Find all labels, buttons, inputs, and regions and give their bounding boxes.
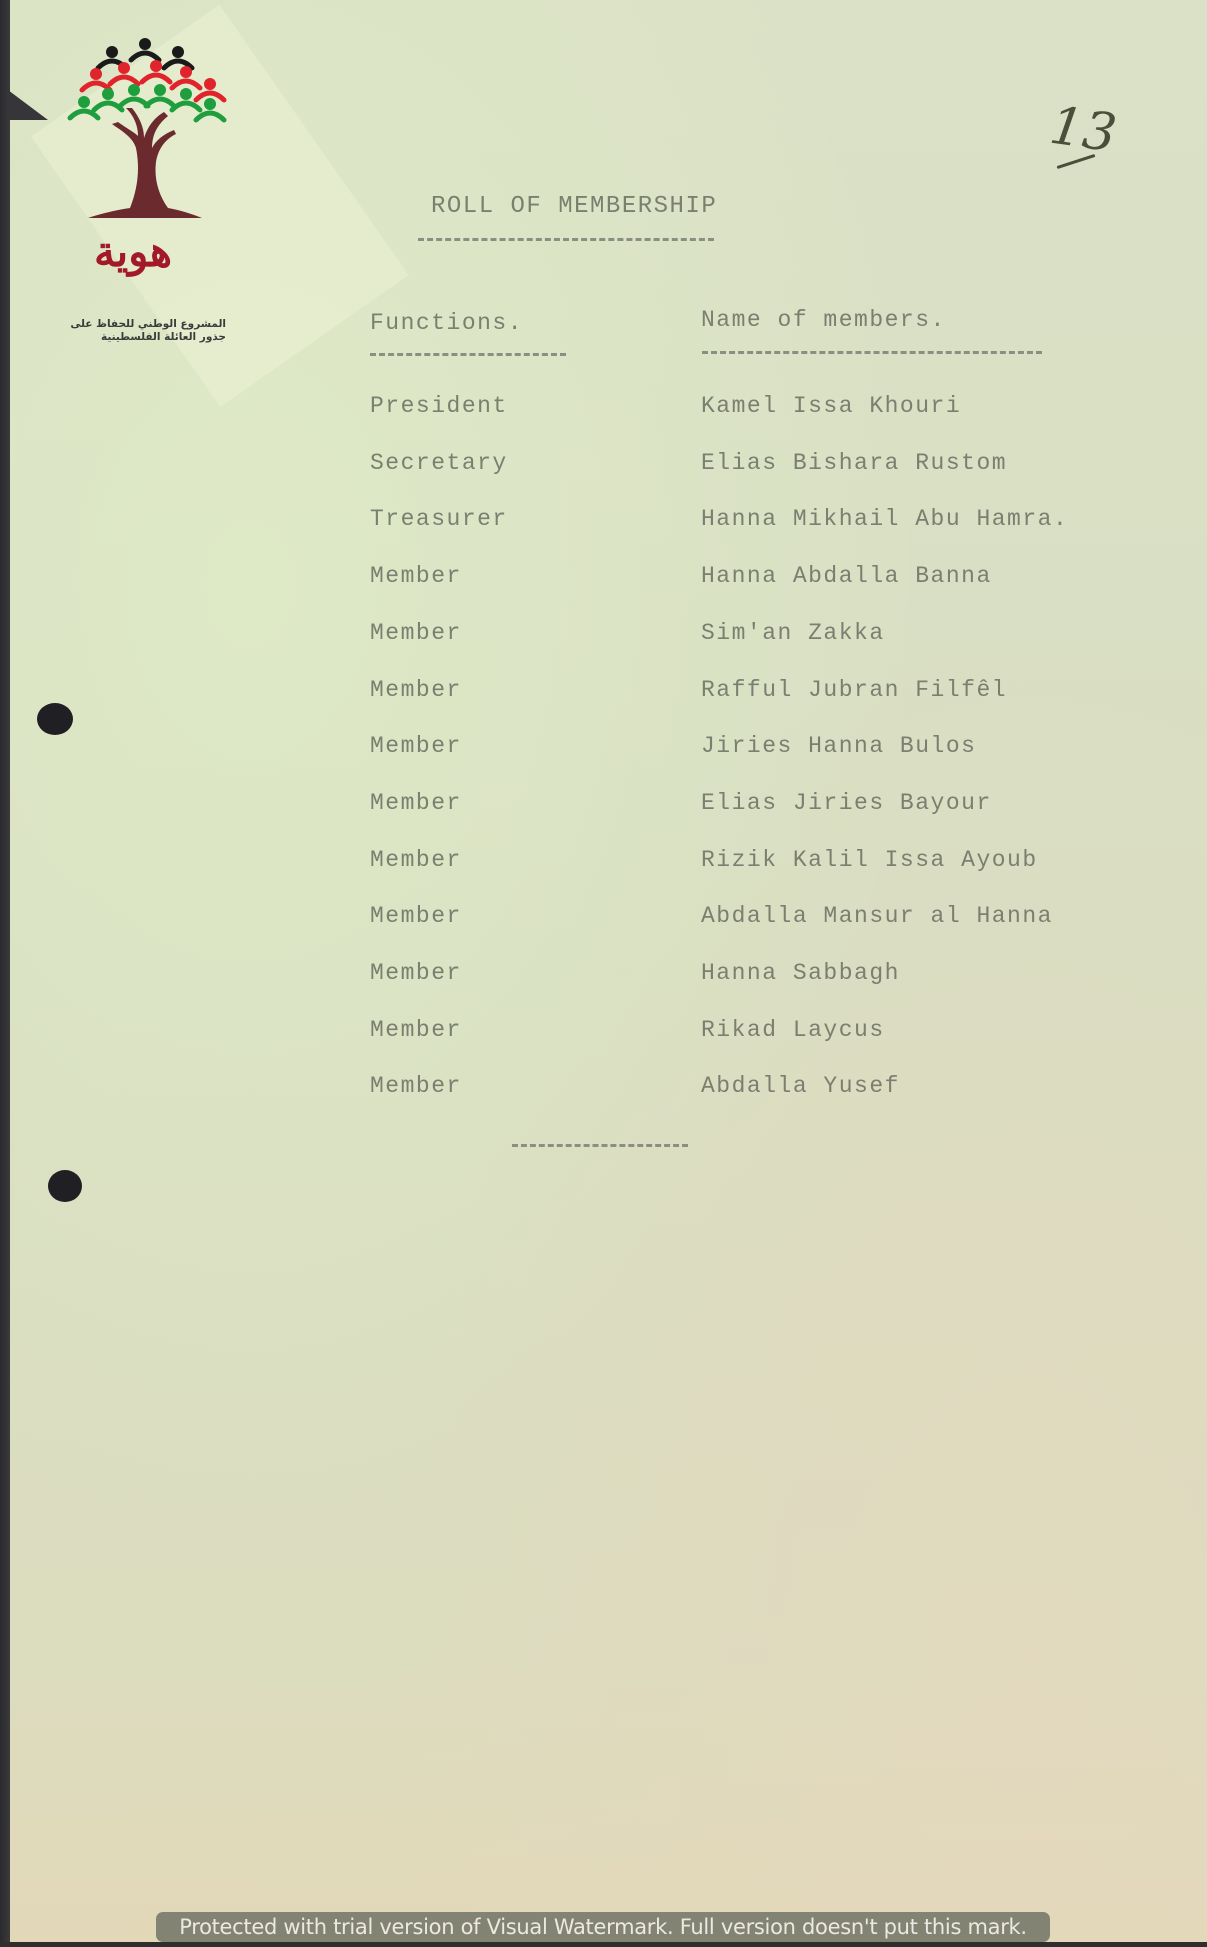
member-function: Member xyxy=(370,903,462,929)
table-row: TreasurerHanna Mikhail Abu Hamra. xyxy=(0,506,1207,546)
logo-script-text: هوية xyxy=(88,222,178,282)
document-title: ROLL OF MEMBERSHIP xyxy=(431,193,717,220)
names-column-header: Name of members. xyxy=(701,307,946,333)
logo-caption: المشروع الوطني للحفاظ على جذور العائلة ا… xyxy=(70,318,226,344)
table-row: MemberElias Jiries Bayour xyxy=(0,790,1207,830)
table-row: MemberSim'an Zakka xyxy=(0,620,1207,660)
member-function: Member xyxy=(370,733,462,759)
member-function: Member xyxy=(370,563,462,589)
member-name: Kamel Issa Khouri xyxy=(701,393,961,419)
table-row: MemberHanna Abdalla Banna xyxy=(0,563,1207,603)
member-function: Member xyxy=(370,847,462,873)
member-name: Elias Bishara Rustom xyxy=(701,450,1007,476)
member-function: Treasurer xyxy=(370,506,508,532)
member-name: Elias Jiries Bayour xyxy=(701,790,992,816)
page-bottom-edge xyxy=(0,1942,1207,1947)
member-function: Member xyxy=(370,677,462,703)
table-row: MemberAbdalla Yusef xyxy=(0,1073,1207,1113)
logo-caption-line-1: المشروع الوطني للحفاظ على xyxy=(70,318,226,331)
member-function: Secretary xyxy=(370,450,508,476)
member-name: Sim'an Zakka xyxy=(701,620,885,646)
member-name: Hanna Mikhail Abu Hamra. xyxy=(701,506,1068,532)
family-tree-logo-icon xyxy=(60,38,230,228)
table-row: PresidentKamel Issa Khouri xyxy=(0,393,1207,433)
member-name: Abdalla Mansur al Hanna xyxy=(701,903,1053,929)
functions-header-underline xyxy=(370,353,566,356)
table-row: MemberRafful Jubran Filfêl xyxy=(0,677,1207,717)
member-name: Rikad Laycus xyxy=(701,1017,885,1043)
logo-caption-line-2: جذور العائلة الفلسطينية xyxy=(70,331,226,344)
handwritten-page-number: 13 xyxy=(1046,96,1120,165)
member-name: Rafful Jubran Filfêl xyxy=(701,677,1007,703)
table-row: MemberRizik Kalil Issa Ayoub xyxy=(0,847,1207,887)
table-row: SecretaryElias Bishara Rustom xyxy=(0,450,1207,490)
functions-column-header: Functions. xyxy=(370,310,523,336)
member-function: Member xyxy=(370,620,462,646)
table-row: MemberHanna Sabbagh xyxy=(0,960,1207,1000)
table-row: MemberJiries Hanna Bulos xyxy=(0,733,1207,773)
table-row: MemberRikad Laycus xyxy=(0,1017,1207,1057)
member-function: Member xyxy=(370,790,462,816)
member-function: President xyxy=(370,393,508,419)
member-name: Jiries Hanna Bulos xyxy=(701,733,976,759)
names-header-underline xyxy=(702,351,1042,354)
trial-watermark-banner: Protected with trial version of Visual W… xyxy=(156,1912,1050,1942)
member-name: Abdalla Yusef xyxy=(701,1073,900,1099)
closing-rule xyxy=(512,1144,688,1147)
member-name: Hanna Sabbagh xyxy=(701,960,900,986)
member-function: Member xyxy=(370,1073,462,1099)
member-name: Hanna Abdalla Banna xyxy=(701,563,992,589)
member-function: Member xyxy=(370,1017,462,1043)
member-name: Rizik Kalil Issa Ayoub xyxy=(701,847,1038,873)
member-function: Member xyxy=(370,960,462,986)
title-underline xyxy=(418,238,714,241)
table-row: MemberAbdalla Mansur al Hanna xyxy=(0,903,1207,943)
punch-hole-bottom xyxy=(48,1170,82,1202)
